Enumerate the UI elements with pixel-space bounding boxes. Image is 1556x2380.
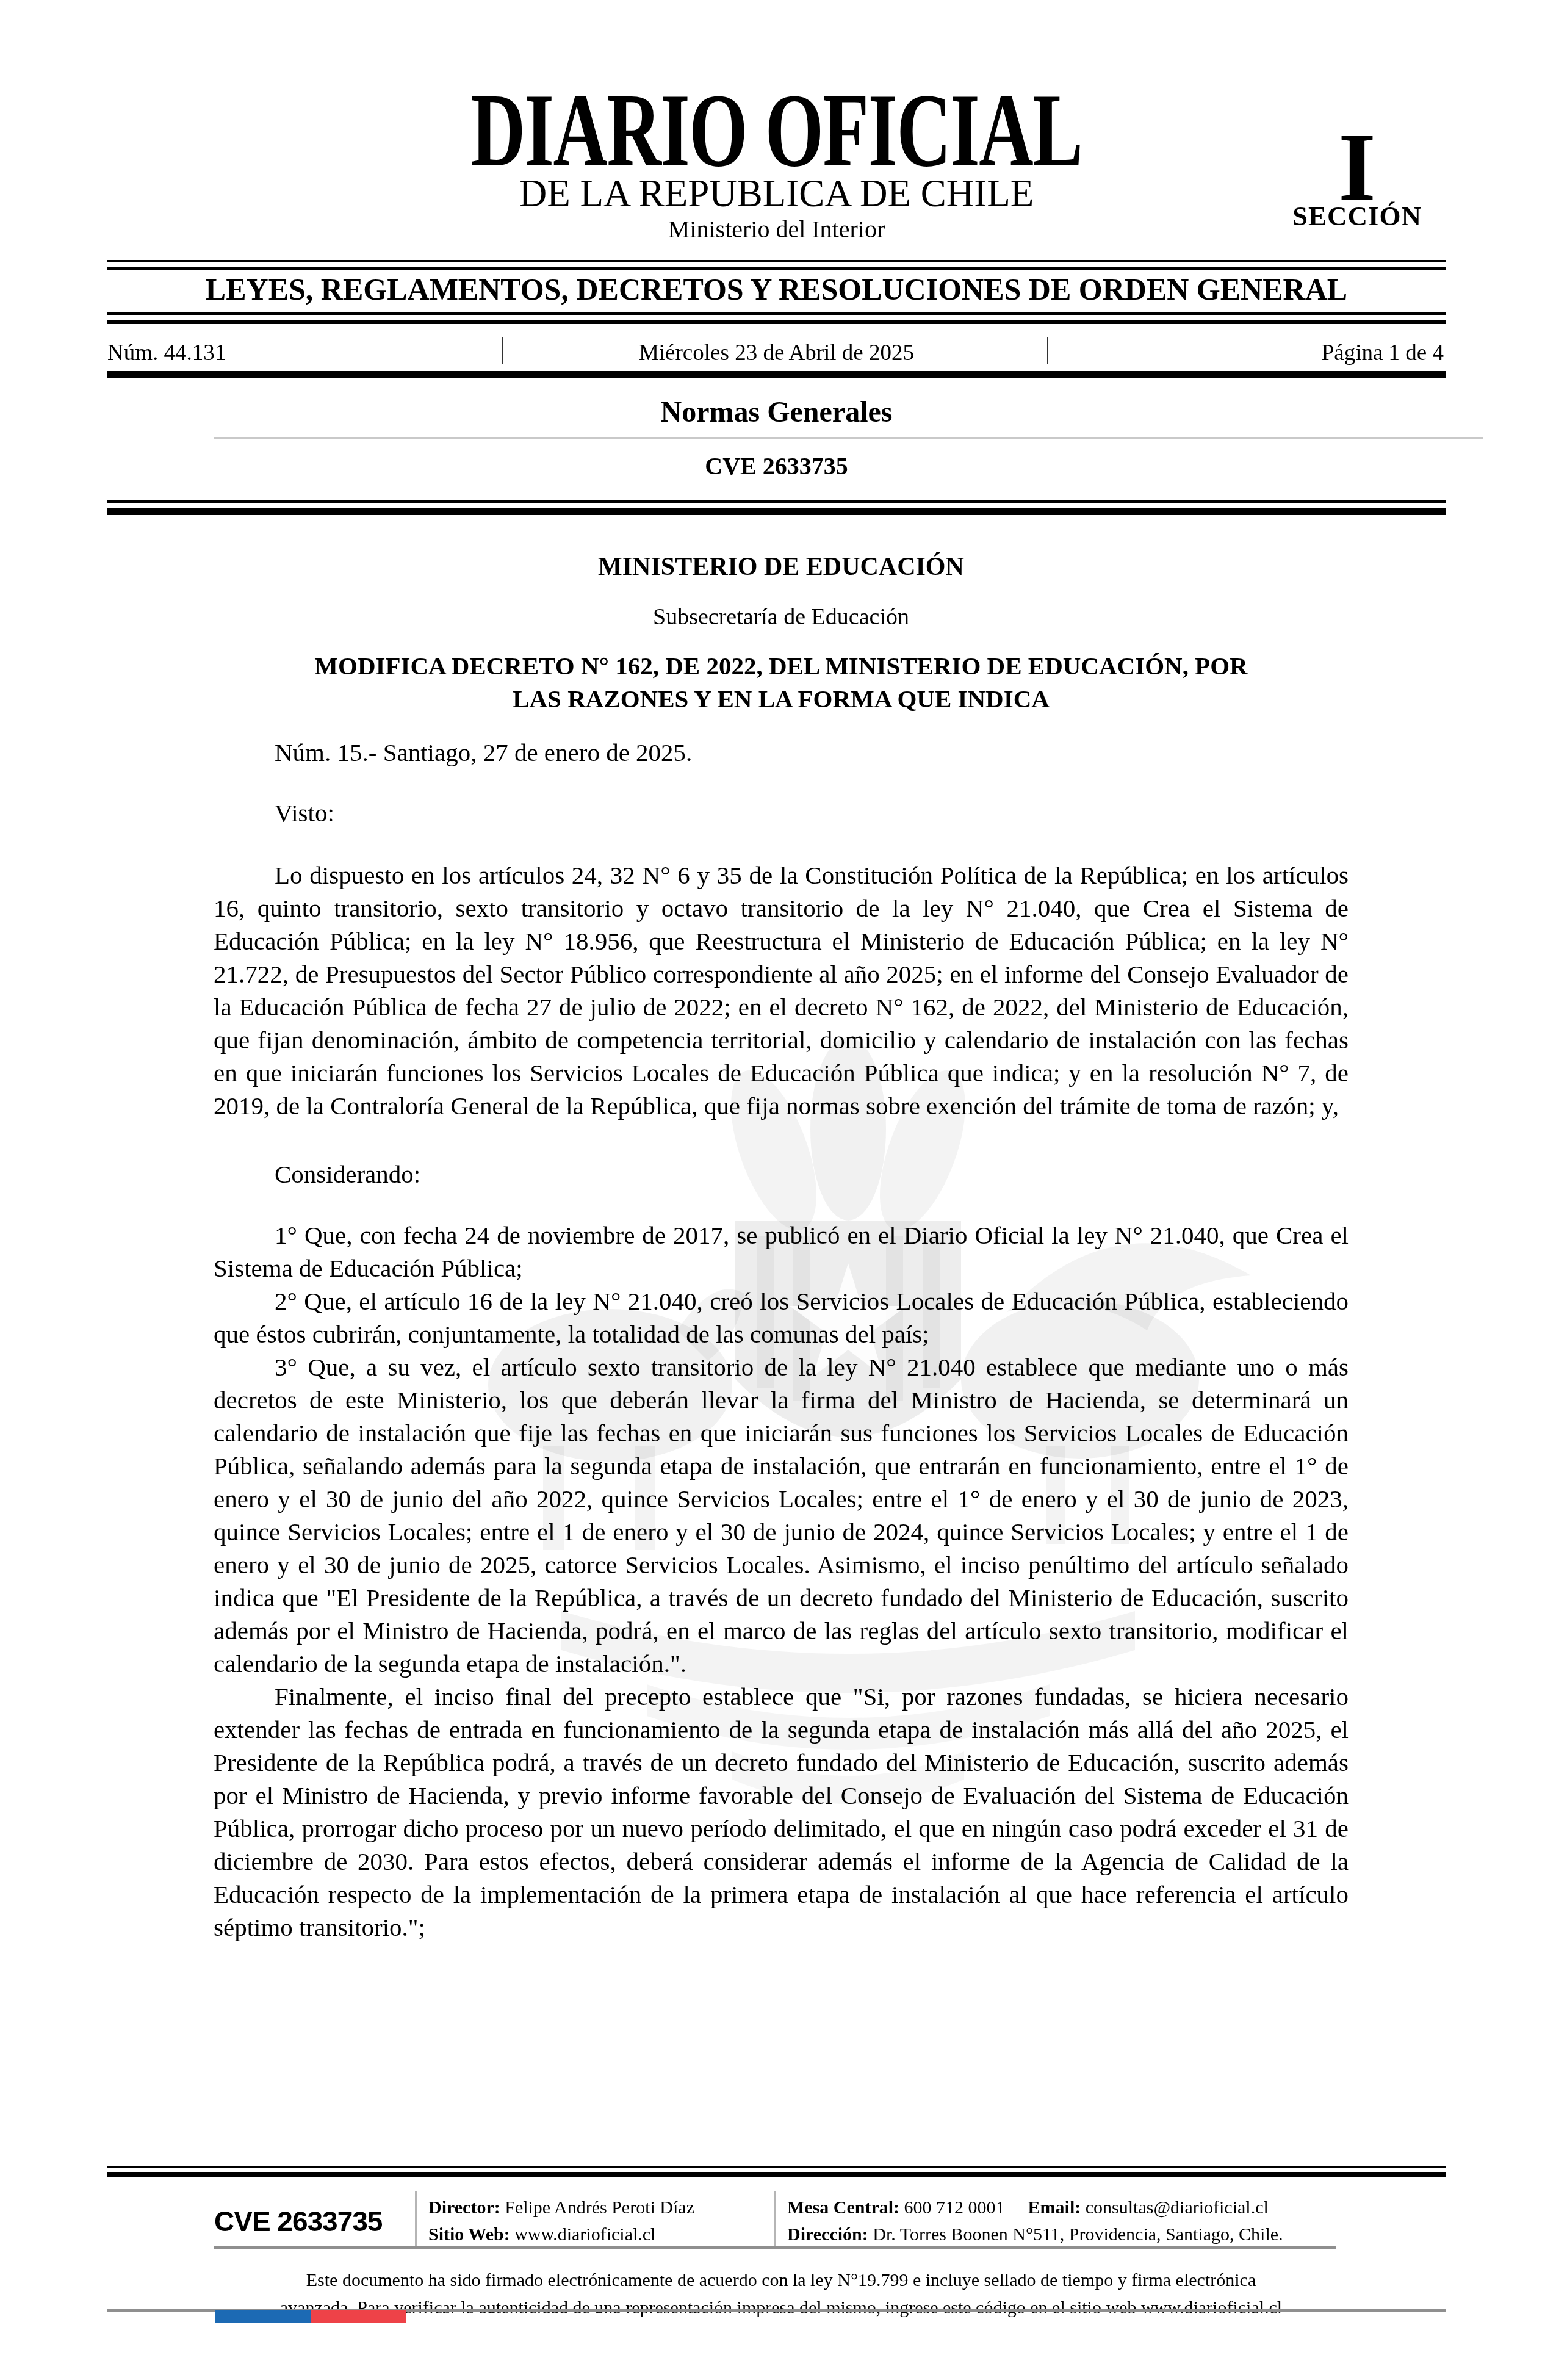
address-label: Dirección: xyxy=(787,2224,868,2245)
section-heading: Normas Generales xyxy=(107,398,1446,427)
doc-ministry-heading: MINISTERIO DE EDUCACIÓN xyxy=(214,554,1349,580)
meta-rule xyxy=(107,371,1446,378)
considerando-label: Considerando: xyxy=(214,1158,1349,1191)
masthead-ministry-line: Ministerio del Interior xyxy=(107,217,1446,242)
masthead-title-text: DIARIO OFICIAL xyxy=(471,78,1082,183)
visto-paragraph: Lo dispuesto en los artículos 24, 32 N° … xyxy=(214,859,1349,1122)
footer-cve-box: CVE 2633735 xyxy=(214,2194,382,2248)
meta-separator-right xyxy=(1047,337,1048,364)
footer-rule-thick xyxy=(107,2172,1446,2177)
decree-body: Núm. 15.- Santiago, 27 de enero de 2025.… xyxy=(214,736,1349,1944)
masthead-subtitle: DE LA REPUBLICA DE CHILE xyxy=(107,175,1446,213)
legal-line1: Este documento ha sido firmado electróni… xyxy=(214,2266,1349,2294)
issue-date: Miércoles 23 de Abril de 2025 xyxy=(107,342,1446,364)
diario-oficial-page: DIARIO OFICIAL DE LA REPUBLICA DE CHILE … xyxy=(0,0,1556,2380)
doc-title-line2: LAS RAZONES Y EN LA FORMA QUE INDICA xyxy=(214,682,1349,715)
decree-number-line: Núm. 15.- Santiago, 27 de enero de 2025. xyxy=(214,736,1349,769)
director-name: Felipe Andrés Peroti Díaz xyxy=(505,2198,694,2218)
flag-blue-block xyxy=(215,2310,311,2323)
footer-contact-column: Mesa Central: 600 712 0001Email: consult… xyxy=(787,2194,1361,2248)
website-label: Sitio Web: xyxy=(428,2224,510,2245)
email-value: consultas@diarioficial.cl xyxy=(1086,2198,1269,2218)
banner-heading: LEYES, REGLAMENTOS, DECRETOS Y RESOLUCIO… xyxy=(107,274,1446,305)
footer-rule-thin xyxy=(107,2166,1446,2168)
consideration-paragraph-2: 2° Que, el artículo 16 de la ley N° 21.0… xyxy=(214,1285,1349,1350)
header-rule-thin xyxy=(107,260,1446,262)
website-value: www.diarioficial.cl xyxy=(514,2224,655,2245)
consideration-paragraph-1: 1° Que, con fecha 24 de noviembre de 201… xyxy=(214,1219,1349,1285)
cve-rule-thick xyxy=(107,508,1446,515)
phone-label: Mesa Central: xyxy=(787,2198,899,2218)
cve-heading: CVE 2633735 xyxy=(107,454,1446,478)
page-indicator: Página 1 de 4 xyxy=(1322,342,1444,364)
consideration-paragraph-3: 3° Que, a su vez, el artículo sexto tran… xyxy=(214,1350,1349,1680)
banner-rule-thin xyxy=(107,312,1446,315)
chile-flag-icon xyxy=(215,2310,406,2323)
legal-rule-top xyxy=(214,2246,1336,2249)
flag-red-block xyxy=(311,2310,406,2323)
director-label: Director: xyxy=(428,2198,500,2218)
header-rule-thick xyxy=(107,267,1446,270)
footer-director-column: Director: Felipe Andrés Peroti Díaz Siti… xyxy=(428,2194,770,2248)
doc-title-line1: MODIFICA DECRETO N° 162, DE 2022, DEL MI… xyxy=(214,649,1349,682)
doc-title-heading: MODIFICA DECRETO N° 162, DE 2022, DEL MI… xyxy=(214,649,1349,715)
section-label: SECCIÓN xyxy=(1284,203,1430,230)
visto-label: Visto: xyxy=(214,796,1349,829)
footer-cve-code: CVE 2633735 xyxy=(214,2207,382,2235)
phone-value: 600 712 0001 xyxy=(904,2198,1005,2218)
address-value: Dr. Torres Boonen N°511, Providencia, Sa… xyxy=(873,2224,1283,2245)
masthead-title: DIARIO OFICIAL xyxy=(107,78,1446,183)
footer-separator-2 xyxy=(774,2191,776,2249)
footer-separator-1 xyxy=(415,2191,417,2249)
consideration-paragraph-4: Finalmente, el inciso final del precepto… xyxy=(214,1680,1349,1944)
email-label: Email: xyxy=(1028,2198,1081,2218)
banner-rule-thick xyxy=(107,320,1446,324)
doc-subsecretariat-heading: Subsecretaría de Educación xyxy=(214,605,1349,629)
section-heading-rule xyxy=(214,437,1483,439)
cve-rule-thin xyxy=(107,500,1446,503)
